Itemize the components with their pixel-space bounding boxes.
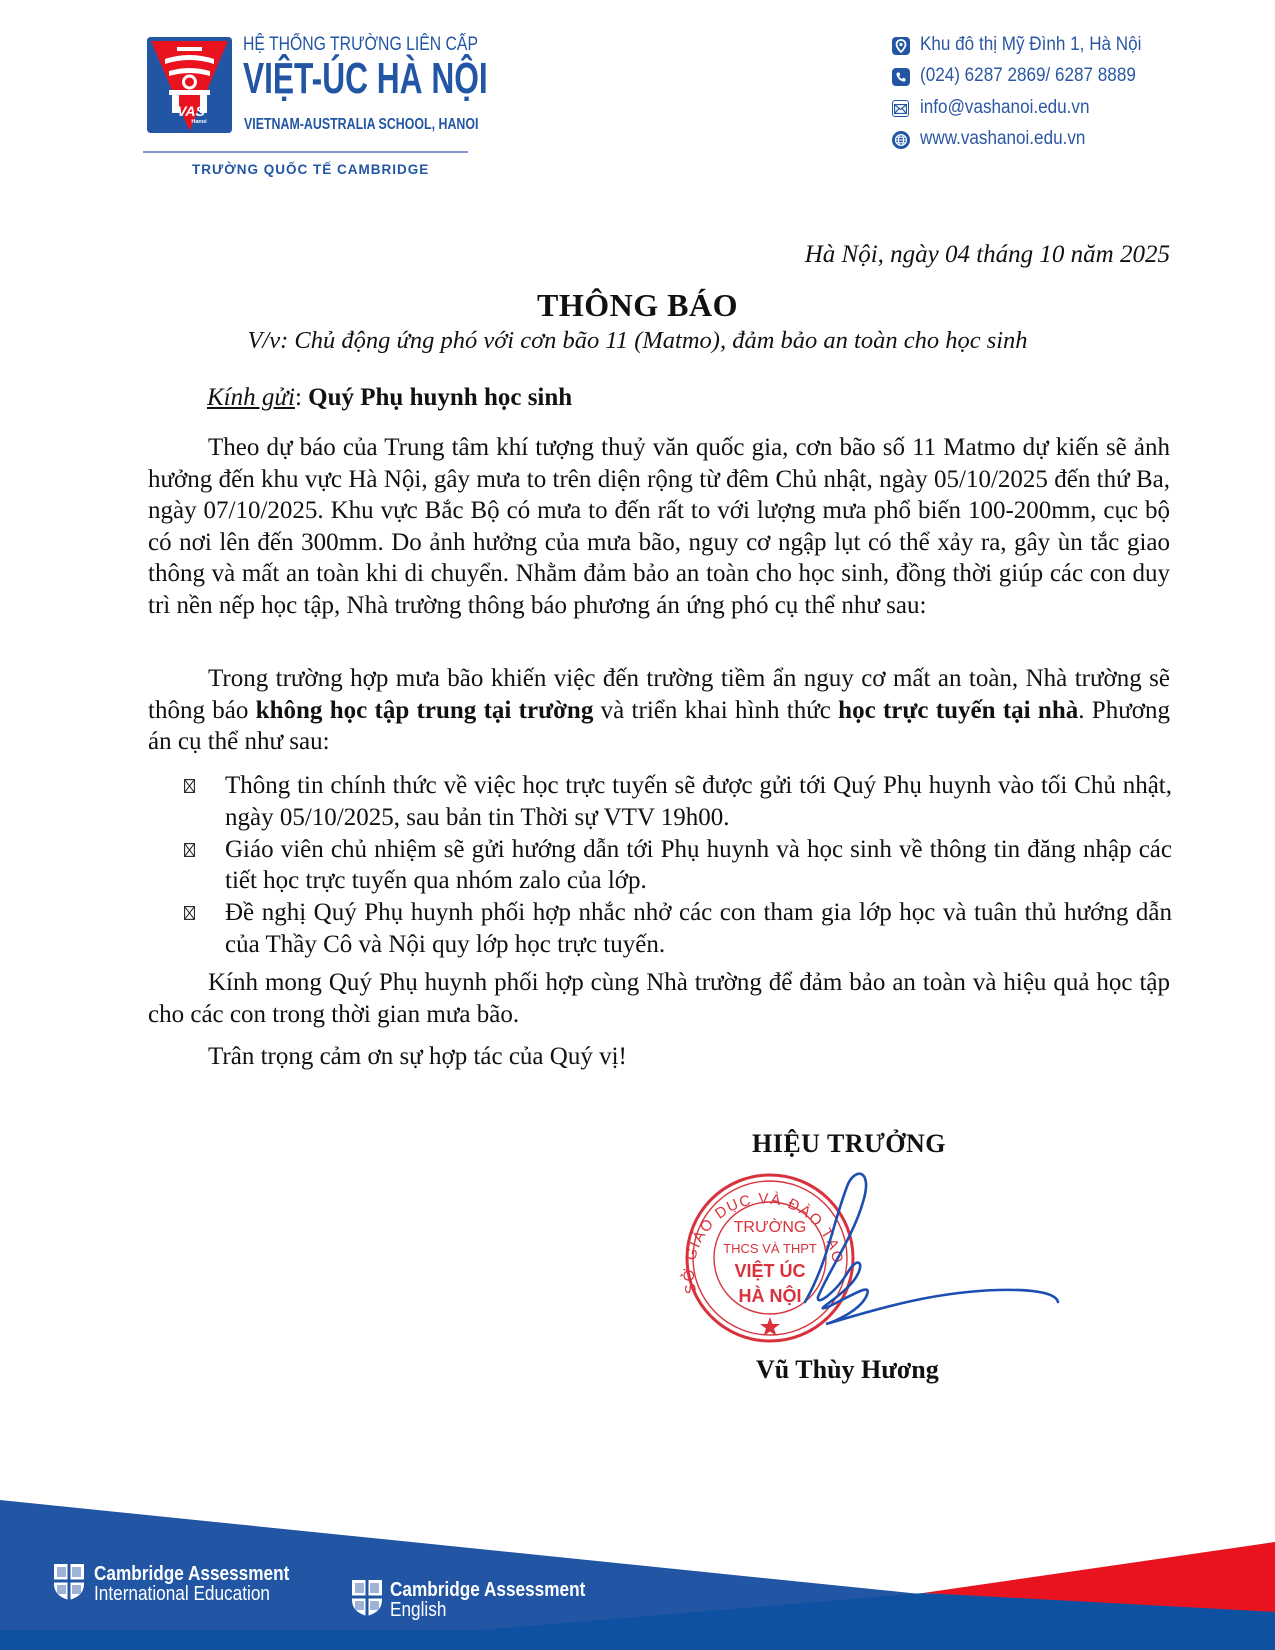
plan-bullet-list: Thông tin chính thức về việc học trực tu…	[184, 770, 1172, 961]
phone-icon	[892, 68, 910, 86]
mail-icon	[892, 100, 909, 117]
cambridge-shield-icon	[52, 1562, 86, 1602]
official-stamp: SỞ GIÁO DỤC VÀ ĐÀO TẠO THÀNH PHỐ HÀ NỘI …	[668, 1162, 1088, 1352]
plan-text: và triển khai hình thức	[593, 697, 838, 724]
plan-highlight-no-school: không học tập trung tại trường	[256, 697, 594, 724]
brand-school-name: VIỆT-ÚC HÀ NỘI	[243, 57, 488, 101]
brand-english-name: VIETNAM-AUSTRALIA SCHOOL, HANOI	[244, 116, 478, 134]
letter-title: THÔNG BÁO	[0, 287, 1275, 324]
school-logo: VAS Hanoi	[147, 37, 232, 133]
logo-line2: English	[390, 1600, 585, 1620]
location-pin-icon	[892, 37, 910, 55]
list-item: Đề nghị Quý Phụ huynh phối hợp nhắc nhở …	[184, 897, 1172, 960]
temple-gate-icon: VAS Hanoi	[147, 37, 232, 133]
signatory-name: Vũ Thùy Hương	[756, 1355, 939, 1385]
letter-recipient: Kính gửi: Quý Phụ huynh học sinh	[207, 384, 572, 412]
svg-text:VAS: VAS	[177, 103, 205, 119]
boxed-x-bullet-icon	[184, 906, 195, 920]
svg-text:THCS VÀ THPT: THCS VÀ THPT	[723, 1241, 817, 1256]
plan-highlight-online: học trực tuyến tại nhà	[838, 697, 1078, 724]
brand-tagline: TRƯỜNG QUỐC TẾ CAMBRIDGE	[192, 162, 429, 177]
svg-text:VIỆT ÚC: VIỆT ÚC	[734, 1260, 805, 1281]
list-item: Giáo viên chủ nhiệm sẽ gửi hướng dẫn tới…	[184, 834, 1172, 897]
svg-text:Hanoi: Hanoi	[191, 119, 207, 125]
boxed-x-bullet-icon	[184, 779, 195, 793]
logo-line1: Cambridge Assessment	[390, 1580, 585, 1600]
paragraph-plan: Trong trường hợp mưa bão khiến việc đến …	[148, 663, 1170, 758]
list-item: Thông tin chính thức về việc học trực tu…	[184, 770, 1172, 833]
svg-text:HÀ NỘI: HÀ NỘI	[739, 1285, 802, 1306]
brand-system-name: HỆ THỐNG TRƯỜNG LIÊN CẤP	[243, 34, 478, 56]
recipient-value: Quý Phụ huynh học sinh	[308, 384, 572, 411]
signatory-title: HIỆU TRƯỞNG	[752, 1129, 946, 1159]
letter-date: Hà Nội, ngày 04 tháng 10 năm 2025	[805, 241, 1170, 269]
recipient-label: Kính gửi	[207, 384, 295, 411]
paragraph-forecast: Theo dự báo của Trung tâm khí tượng thuỷ…	[148, 432, 1170, 621]
recipient-separator: :	[295, 384, 308, 411]
cambridge-shield-icon	[350, 1578, 384, 1618]
logo-line1: Cambridge Assessment	[94, 1564, 289, 1584]
paragraph-thanks: Trân trọng cảm ơn sự hợp tác của Quý vị!	[148, 1041, 1170, 1073]
paragraph-request: Kính mong Quý Phụ huynh phối hợp cùng Nh…	[148, 967, 1170, 1030]
handwritten-signature	[805, 1174, 1058, 1324]
boxed-x-bullet-icon	[184, 843, 195, 857]
letter-subject: V/v: Chủ động ứng phó với cơn bão 11 (Ma…	[0, 327, 1275, 355]
brand-divider	[143, 151, 468, 153]
svg-text:TRƯỜNG: TRƯỜNG	[734, 1217, 807, 1236]
logo-line2: International Education	[94, 1584, 289, 1604]
globe-icon	[892, 131, 910, 149]
